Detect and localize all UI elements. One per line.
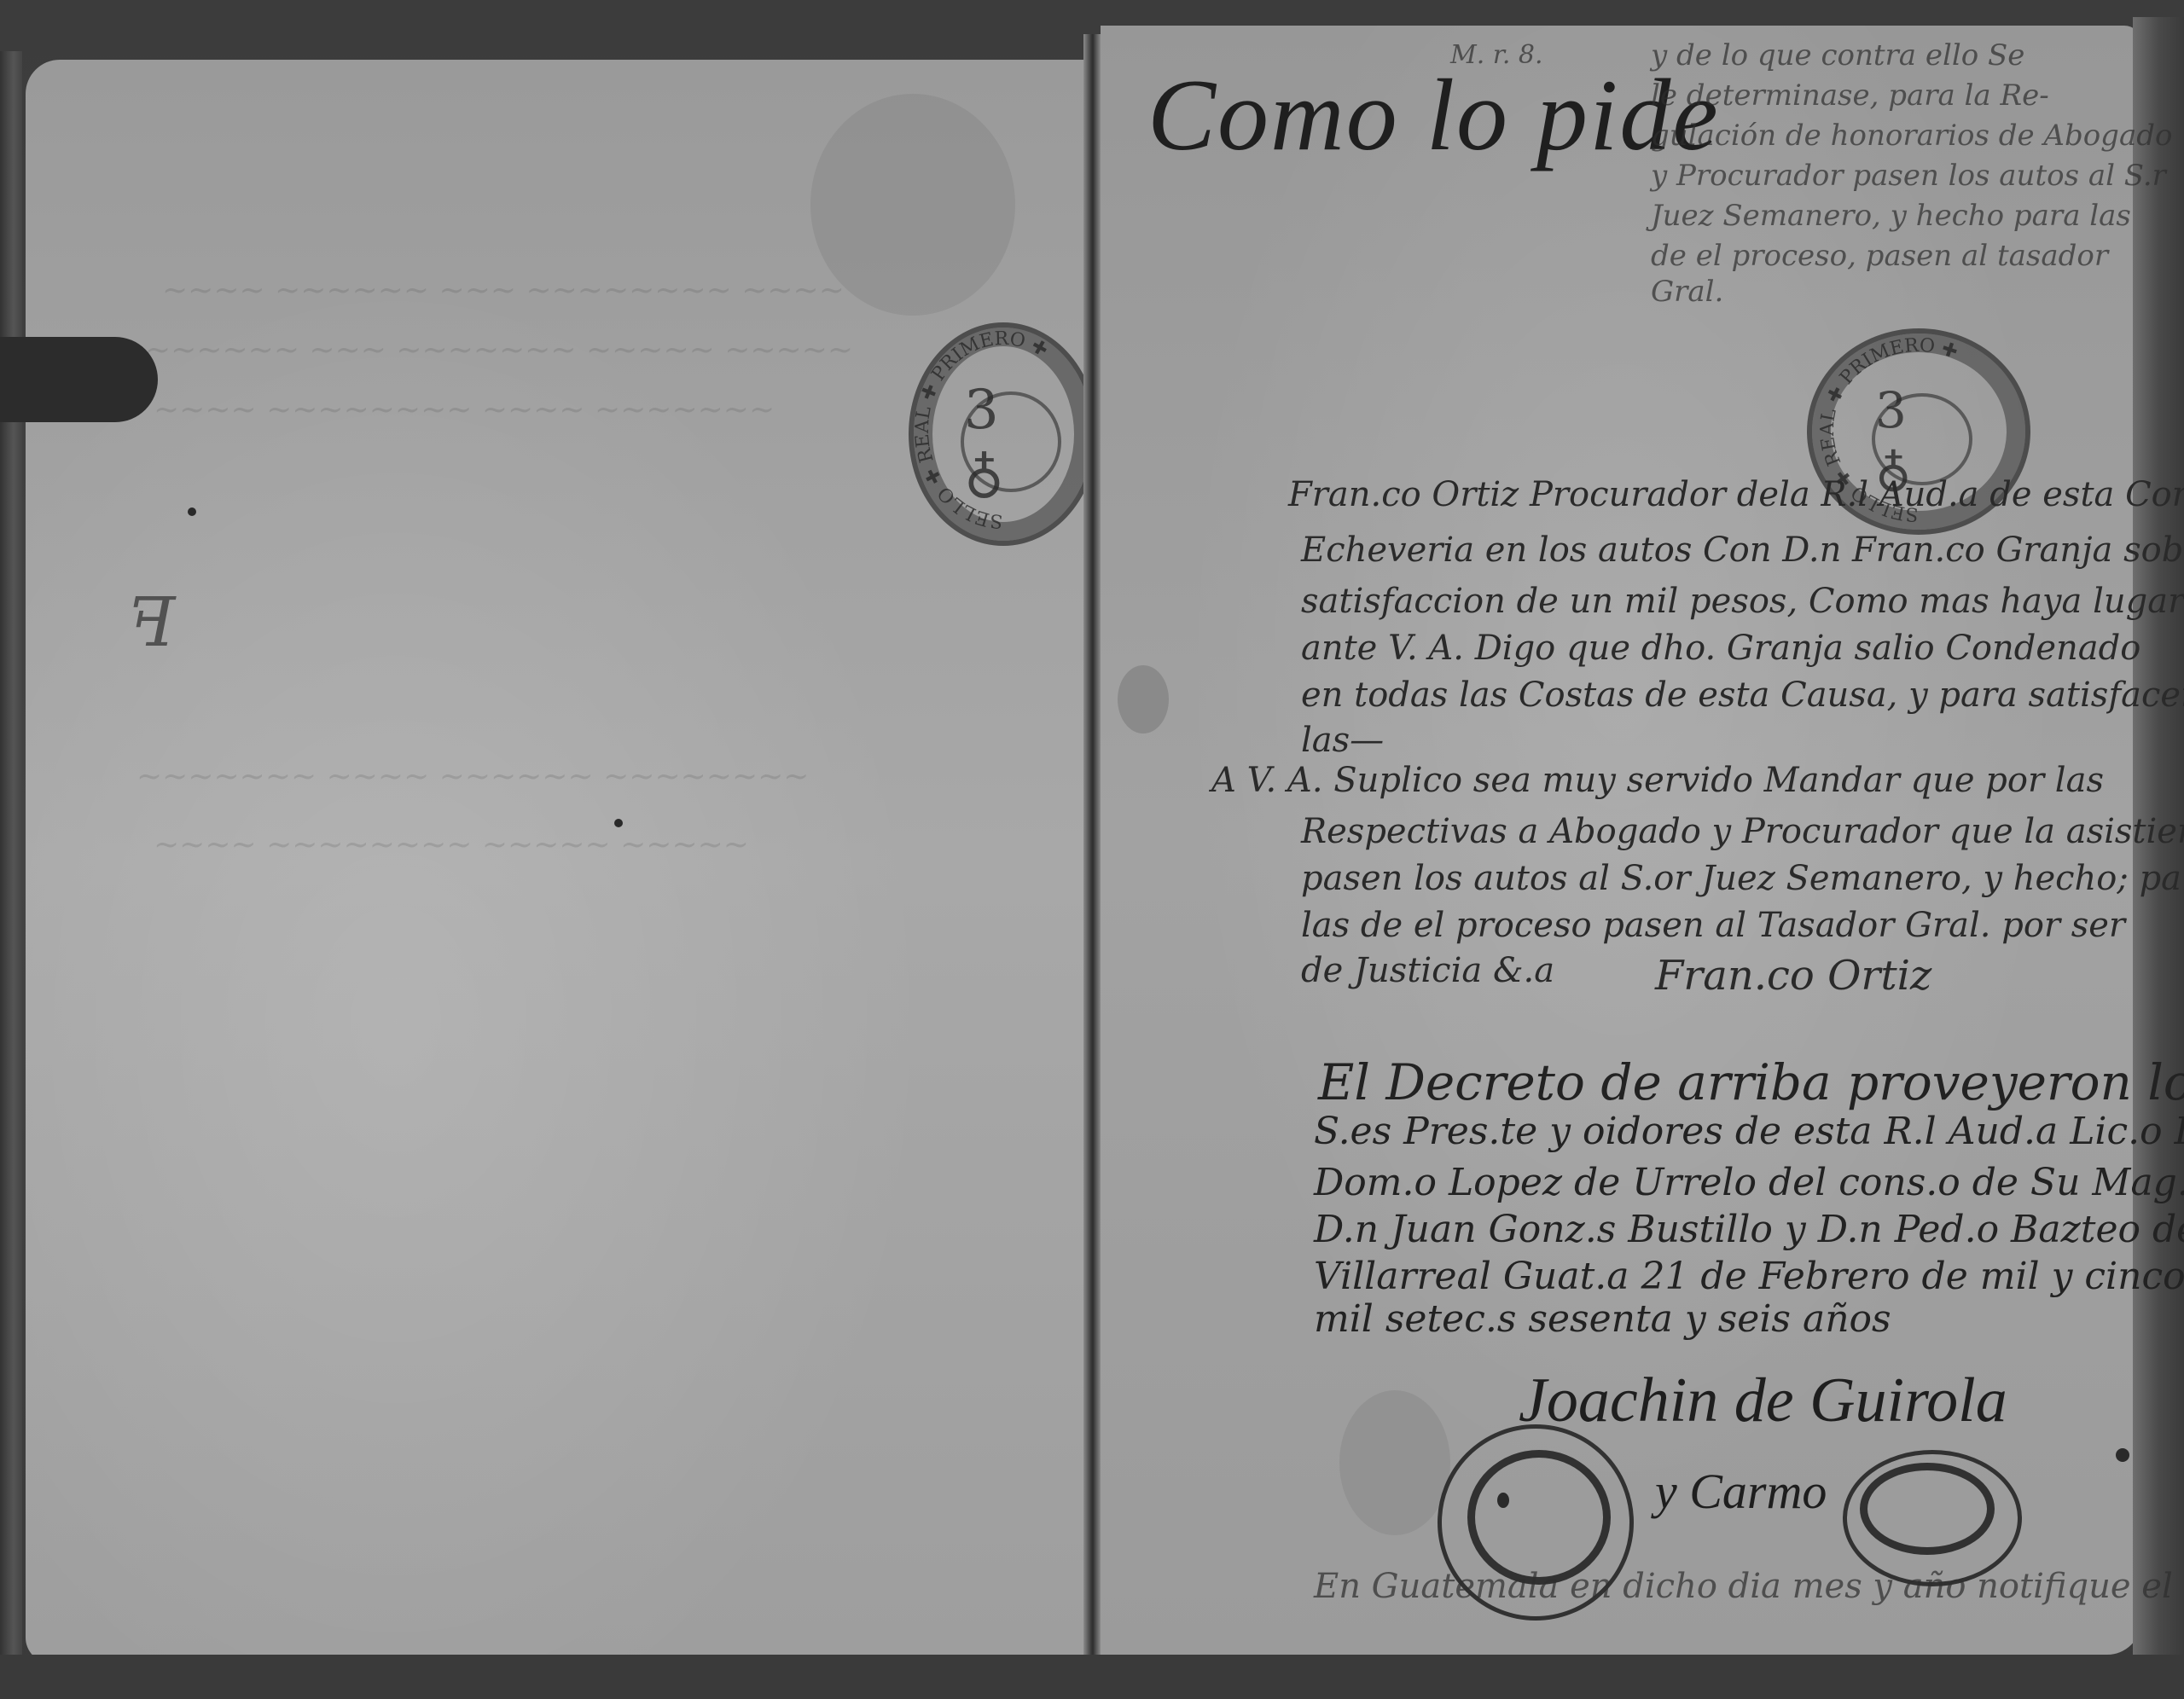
margin-note-line: Gral.: [1651, 277, 1723, 306]
bleed-through-text: ~~~~~~~ ~~~~ ~~~~~~ ~~~~~~~~: [136, 759, 809, 794]
signature-rubric-flourish: [1467, 1450, 1611, 1585]
petition-line: Echeveria en los autos Con D.n Fran.co G…: [1301, 533, 2184, 567]
margin-mark: ꟻ: [128, 589, 176, 657]
paper-stain: [1118, 665, 1169, 734]
petition-line: A V. A. Suplico sea muy servido Mandar q…: [1211, 763, 2104, 797]
margin-note-line: gulación de honorarios de Abogado: [1651, 121, 2172, 150]
page-tab-marker: [0, 337, 158, 422]
margin-note-line: Juez Semanero, y hecho para las: [1651, 201, 2131, 230]
bleed-through-text: ~~~~ ~~~~~~~~ ~~~~ ~~~~~~~: [154, 392, 775, 427]
petition-line: ante V. A. Digo que dho. Granja salio Co…: [1301, 631, 2140, 665]
margin-note-line: y de lo que contra ello Se: [1651, 41, 2024, 70]
decree-line: El Decreto de arriba proveyeron los: [1318, 1058, 2184, 1107]
petition-line: en todas las Costas de esta Causa, y par…: [1301, 678, 2184, 712]
petition-line: de Justicia &.a: [1301, 954, 1554, 988]
paper-stain: [810, 94, 1015, 316]
signature-rubric-flourish: [1860, 1463, 1995, 1555]
decree-line: S.es Pres.te y oidores de esta R.l Aud.a…: [1314, 1113, 2184, 1151]
ink-spot: [1497, 1493, 1509, 1508]
bleed-through-text: ~~~~~~ ~~~ ~~~~~~~ ~~~~~ ~~~~~: [145, 333, 853, 368]
petition-line: las—: [1301, 723, 1384, 757]
margin-note-line: de el proceso, pasen al tasador: [1651, 241, 2108, 270]
bleed-through-text: ~~~~ ~~~~~~ ~~~ ~~~~~~~~ ~~~~: [162, 273, 845, 308]
margin-note-line: le determinase, para la Re-: [1651, 81, 2049, 110]
left-page-seal: SELLO ✚ REAL ✚ PRIMERO ✚ 3 ♁: [909, 322, 1098, 546]
seal-center: 3 ♁: [961, 391, 1061, 492]
petitioner-signature: Fran.co Ortiz: [1655, 955, 1931, 996]
left-page: ~~~~ ~~~~~~ ~~~ ~~~~~~~~ ~~~~ ~~~~~~ ~~~…: [26, 60, 1083, 1663]
book-spine-edge: [0, 51, 22, 1672]
petition-line: satisfaccion de un mil pesos, Como mas h…: [1301, 584, 2184, 618]
margin-note-line: y Procurador pasen los autos al S.r: [1651, 161, 2166, 190]
book-gutter: [1083, 34, 1101, 1655]
decree-line: Dom.o Lopez de Urrelo del cons.o de Su M…: [1314, 1164, 2184, 1202]
bleed-through-text: ~~~~ ~~~~~~~~ ~~~~~ ~~~~~: [154, 827, 749, 862]
notary-signature-second-line: y Carmo: [1655, 1467, 1827, 1516]
scan-bottom-edge: [0, 1655, 2184, 1699]
petition-line: pasen los autos al S.or Juez Semanero, y…: [1301, 861, 2184, 896]
notification-line: En Guatemala en dicho dia mes y año noti…: [1314, 1569, 2184, 1603]
petition-line: Fran.co Ortiz Procurador dela R.l Aud.a …: [1288, 478, 2184, 512]
decree-line: D.n Juan Gonz.s Bustillo y D.n Ped.o Baz…: [1314, 1211, 2184, 1249]
seal-center: 3 ♁: [1872, 393, 1972, 485]
petition-line: Respectivas a Abogado y Procurador que l…: [1301, 815, 2184, 849]
grant-heading: Como lo pide: [1147, 64, 1720, 166]
decree-line: Villarreal Guat.a 21 de Febrero de mil y…: [1314, 1258, 2184, 1296]
petition-line: las de el proceso pasen al Tasador Gral.…: [1301, 908, 2125, 942]
ink-spot: [2116, 1448, 2129, 1462]
decree-line: mil setec.s sesenta y seis años: [1314, 1301, 1891, 1338]
notary-signature: Joachin de Guirola: [1519, 1369, 2007, 1432]
paper-stain: [1339, 1390, 1450, 1535]
ink-spot: [614, 819, 623, 827]
ink-spot: [188, 507, 196, 516]
